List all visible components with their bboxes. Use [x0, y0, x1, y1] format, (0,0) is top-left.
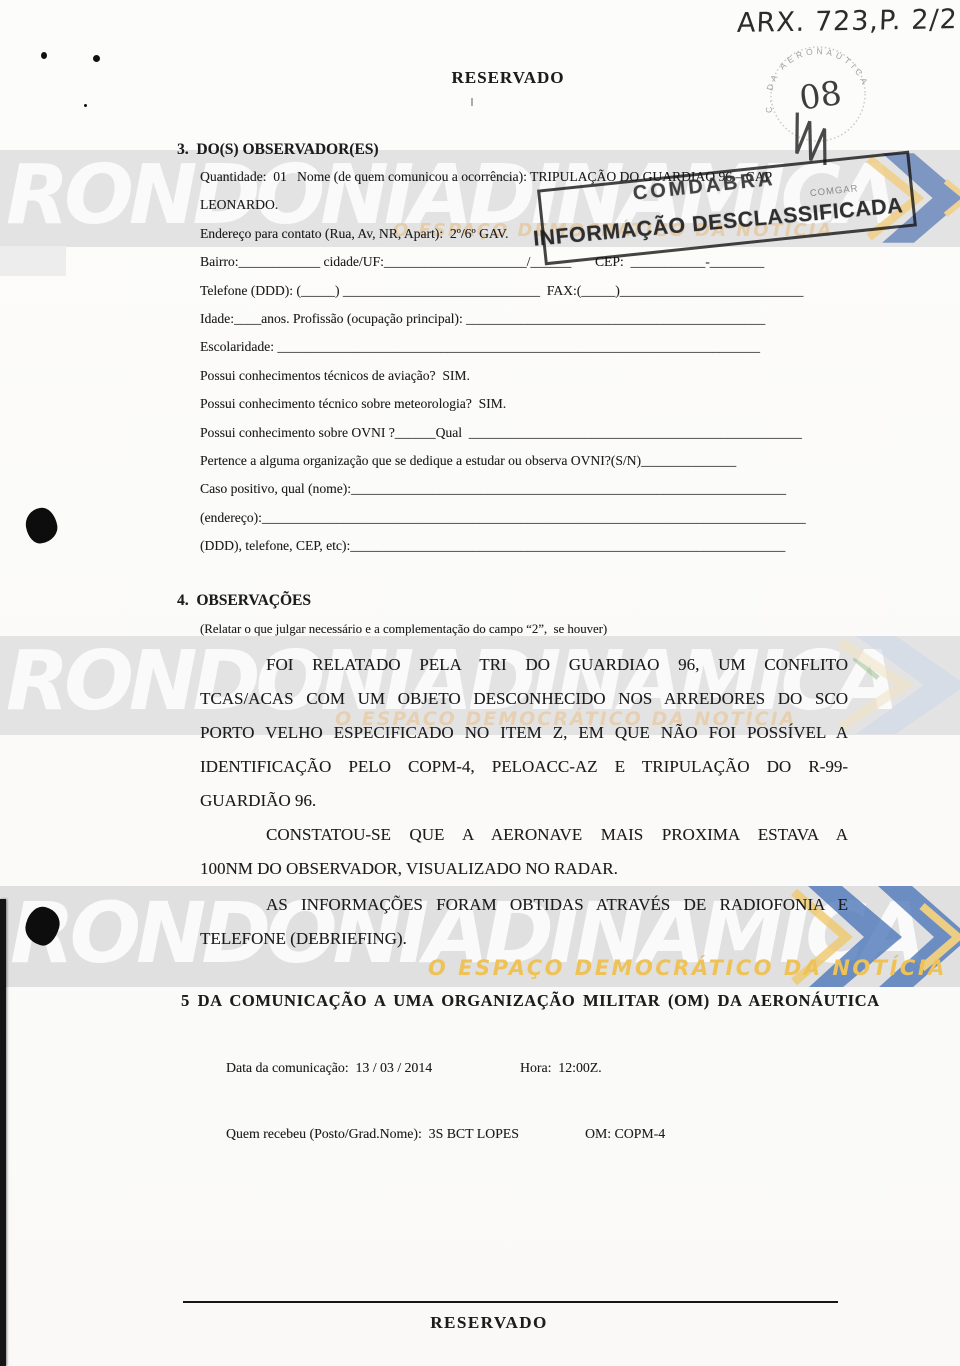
communication-date: Data da comunicação: 13 / 03 / 2014	[226, 1060, 432, 1076]
ink-speck	[41, 52, 47, 59]
observation-line: AS INFORMAÇÕES FORAM OBTIDAS ATRAVÉS DE …	[200, 888, 848, 922]
footer-rule	[183, 1301, 838, 1303]
scan-edge-shadow	[0, 899, 6, 1366]
round-stamp-number: 08	[797, 73, 844, 117]
received-om: OM: COPM-4	[585, 1126, 665, 1142]
handwritten-scribble	[788, 113, 835, 165]
form-line: Escolaridade: __________________________…	[200, 333, 880, 361]
communication-time: Hora: 12:00Z.	[520, 1060, 602, 1076]
section4-subtitle: (Relatar o que julgar necessário e a com…	[200, 622, 607, 637]
ink-speck	[84, 104, 87, 107]
observation-line: IDENTIFICAÇÃO PELO COPM-4, PELOACC-AZ E …	[200, 750, 848, 784]
form-line: Idade:____anos. Profissão (ocupação prin…	[200, 305, 880, 333]
classification-footer: RESERVADO	[430, 1313, 547, 1333]
observation-line: FOI RELATADO PELA TRI DO GUARDIAO 96, UM…	[200, 648, 848, 682]
classification-header: RESERVADO	[452, 68, 565, 88]
watermark-artifact	[0, 246, 66, 276]
section4-title: 4. OBSERVAÇÕES	[177, 592, 311, 610]
ink-speck	[93, 55, 100, 62]
ink-blob	[23, 506, 60, 546]
section3-title: 3. DO(S) OBSERVADOR(ES)	[177, 141, 379, 159]
form-line: Possui conhecimentos técnicos de aviação…	[200, 362, 880, 390]
scanned-document-page: RONDONIADINAMICA O ESPAÇO DEMOCRÁTICO DA…	[0, 0, 960, 1366]
scan-mark	[471, 98, 473, 106]
section4-observations: FOI RELATADO PELA TRI DO GUARDIAO 96, UM…	[200, 648, 848, 956]
form-line: Pertence a alguma organização que se ded…	[200, 447, 880, 475]
observation-line: 100NM DO OBSERVADOR, VISUALIZADO NO RADA…	[200, 852, 848, 886]
form-line: Possui conhecimento técnico sobre meteor…	[200, 390, 880, 418]
form-line: (endereço):_____________________________…	[200, 504, 880, 532]
form-line: Possui conhecimento sobre OVNI ?______Qu…	[200, 419, 880, 447]
section5-title: 5 DA COMUNICAÇÃO A UMA ORGANIZAÇÃO MILIT…	[181, 991, 880, 1011]
observation-line: GUARDIÃO 96.	[200, 784, 848, 818]
form-line: Caso positivo, qual (nome):_____________…	[200, 475, 880, 503]
watermark-tagline: O ESPAÇO DEMOCRÁTICO DA NOTÍCIA	[428, 956, 947, 980]
observation-line: CONSTATOU-SE QUE A AERONAVE MAIS PROXIMA…	[200, 818, 848, 852]
observation-line: PORTO VELHO ESPECIFICADO NO ITEM Z, EM Q…	[200, 716, 848, 750]
form-line: (DDD), telefone, CEP, etc):_____________…	[200, 532, 880, 560]
observation-line: TCAS/ACAS COM UM OBJETO DESCONHECIDO NOS…	[200, 682, 848, 716]
round-stamp: C. DA AERONAUTICA 08	[742, 30, 892, 170]
form-line: Bairro:____________ cidade/UF:__________…	[200, 248, 880, 276]
form-line: Telefone (DDD): (_____) ________________…	[200, 277, 880, 305]
observation-line: TELEFONE (DEBRIEFING).	[200, 922, 848, 956]
received-by: Quem recebeu (Posto/Grad.Nome): 3S BCT L…	[226, 1126, 519, 1142]
